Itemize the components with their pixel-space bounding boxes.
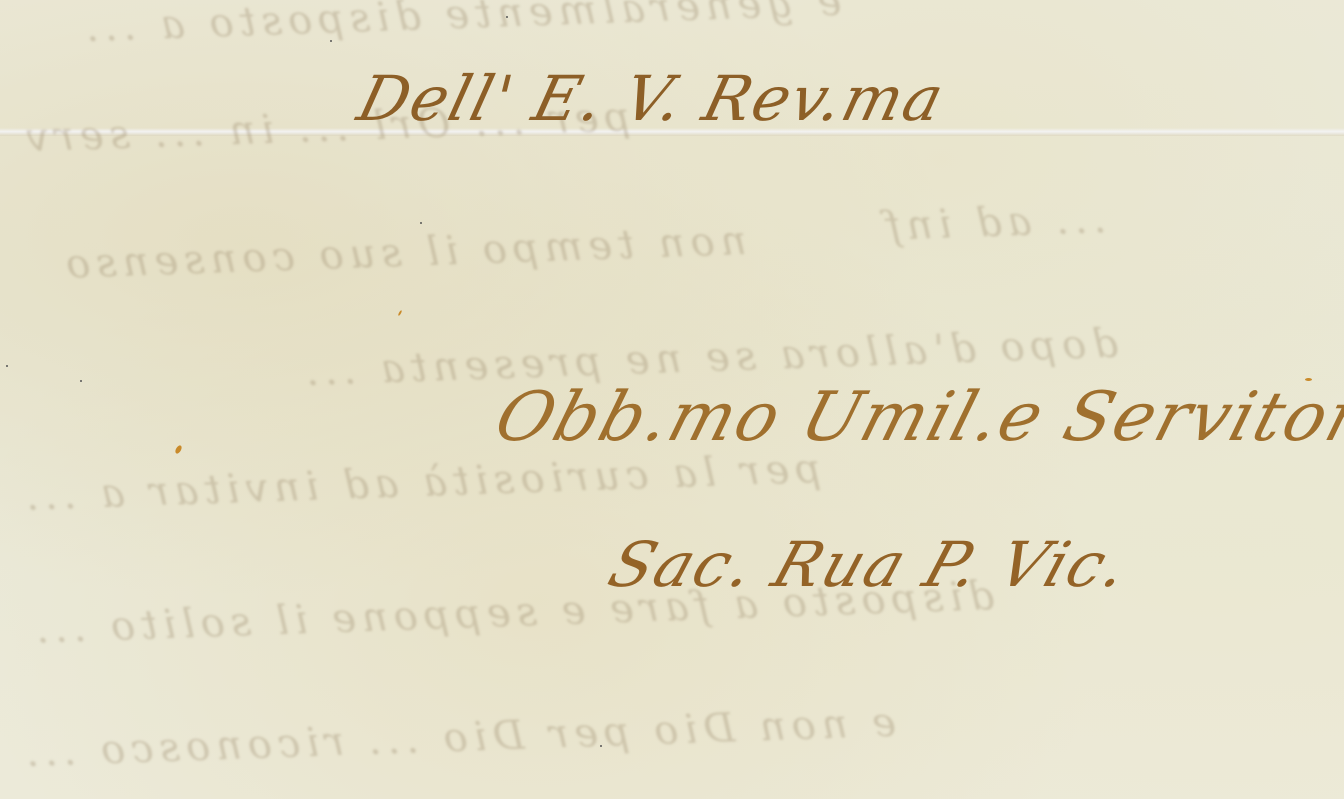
dirt-speck [80,380,82,382]
ink-speck [174,444,183,454]
show-through-text: ... ad inf [879,196,1107,250]
dirt-speck [600,745,602,747]
ink-speck [1305,378,1312,381]
letter-page: è generalmente disposto a ... per ... Or… [0,0,1344,799]
show-through-text: per la curiosità ad invitar a ... [19,446,821,520]
show-through-text: è generalmente disposto a ... [79,0,842,51]
dirt-speck [330,40,332,42]
show-through-text: non tempo il suo consenso [59,218,747,288]
closing-text: Obb.mo Umil.e Servitore [487,378,1344,457]
ink-speck [398,310,403,316]
dirt-speck [6,365,8,367]
salutation-text: Dell' E. V. Rev.ma [351,62,953,135]
show-through-text: e non Dio per Dio ... riconosco ... [19,700,896,777]
signature-text: Sac. Rua P. Vic. [600,528,1139,601]
dirt-speck [420,222,422,224]
dirt-speck [506,16,508,18]
